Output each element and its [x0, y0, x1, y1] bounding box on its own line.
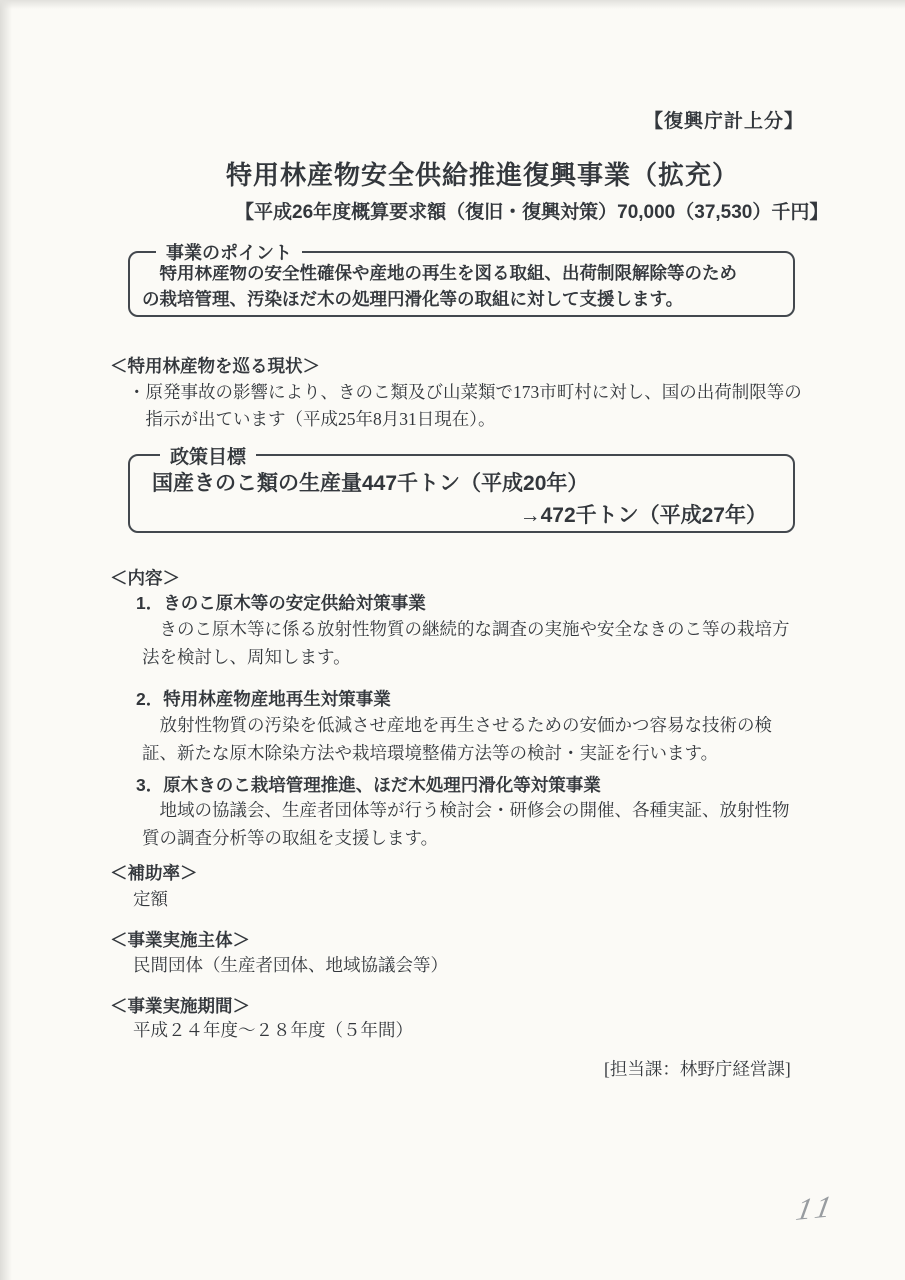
implementing-body-value: 民間団体（生産者団体、地域協議会等）: [133, 952, 448, 977]
agency-tag: 【復興庁計上分】: [644, 106, 804, 133]
content-item-1-body: きのこ原木等に係る放射性物質の継続的な調査の実施や安全なきのこ等の栽培方 法を検…: [142, 616, 797, 671]
scanned-document-page: 【復興庁計上分】 特用林産物安全供給推進復興事業（拡充） 【平成26年度概算要求…: [0, 0, 905, 1280]
implementation-period-heading: ＜事業実施期間＞: [110, 993, 250, 1018]
budget-request-subtitle: 【平成26年度概算要求額（復旧・復興対策）70,000（37,530）千円】: [235, 197, 828, 224]
project-point-box: 事業のポイント 特用林産物の安全性確保や産地の再生を図る取組、出荷制限解除等のた…: [128, 251, 795, 317]
content-item-2-body: 放射性物質の汚染を低減させ産地を再生させるための安価かつ容易な技術の検 証、新た…: [142, 712, 797, 767]
content-item-3-title: 3．原木きのこ栽培管理推進、ほだ木処理円滑化等対策事業: [136, 772, 601, 797]
policy-goal-target: →472千トン（平成27年）: [130, 499, 767, 529]
contents-heading: ＜内容＞: [110, 565, 180, 590]
subsidy-rate-heading: ＜補助率＞: [110, 860, 198, 885]
document-title: 特用林産物安全供給推進復興事業（拡充）: [226, 155, 739, 192]
handwritten-page-number: 11: [793, 1188, 839, 1228]
contact-department: [担当課：林野庁経営課]: [604, 1056, 791, 1081]
content-item-1-title: 1．きのこ原木等の安定供給対策事業: [136, 590, 426, 615]
policy-goal-baseline: 国産きのこ類の生産量447千トン（平成20年）: [152, 467, 793, 497]
implementation-period-value: 平成２４年度～２８年度（５年間）: [133, 1017, 413, 1042]
implementing-body-heading: ＜事業実施主体＞: [110, 927, 250, 952]
content-item-3-body: 地域の協議会、生産者団体等が行う検討会・研修会の開催、各種実証、放射性物 質の調…: [142, 797, 797, 852]
point-box-label: 事業のポイント: [156, 239, 302, 265]
policy-box-label: 政策目標: [160, 442, 256, 469]
content-item-2-title: 2．特用林産物産地再生対策事業: [136, 686, 391, 711]
point-box-body: 特用林産物の安全性確保や産地の再生を図る取組、出荷制限解除等のため の栽培管理、…: [142, 260, 781, 313]
policy-goal-box: 政策目標 国産きのこ類の生産量447千トン（平成20年） →472千トン（平成2…: [128, 454, 795, 533]
subsidy-rate-value: 定額: [133, 886, 168, 911]
current-state-body: ・原発事故の影響により、きのこ類及び山菜類で173市町村に対し、国の出荷制限等の…: [128, 379, 802, 432]
current-state-heading: ＜特用林産物を巡る現状＞: [110, 353, 320, 378]
